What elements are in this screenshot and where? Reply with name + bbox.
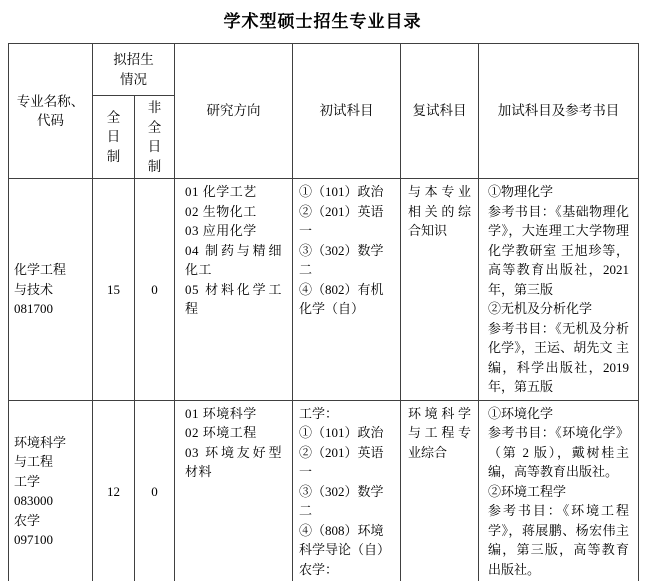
cell-initial-exam-subjects: ①（101）政治 ②（201）英语一 ③（302）数学二 ④（802）有机化学（… — [293, 179, 401, 401]
cell-retest-subject: 环境科学与工程专业综合 — [401, 400, 479, 581]
table-row-environmental-science: 环境科学 与工程 工学 083000 农学 097100 12 0 01 环境科… — [9, 400, 639, 581]
header-research-direction: 研究方向 — [175, 44, 293, 179]
header-parttime: 非 全 日 制 — [135, 96, 175, 179]
cell-parttime-count: 0 — [135, 400, 175, 581]
cell-additional-exam-references: ①环境化学 参考书目：《环境化学》（第 2 版），戴树桂主编，高等教育出版社。 … — [479, 400, 639, 581]
header-fulltime: 全 日 制 — [93, 96, 135, 179]
cell-major-name-code: 环境科学 与工程 工学 083000 农学 097100 — [9, 400, 93, 581]
cell-additional-exam-references: ①物理化学 参考书目：《基础物理化学》，大连理工大学物理化学教研室 王旭珍等，高… — [479, 179, 639, 401]
header-major-name-code: 专业名称、 代码 — [9, 44, 93, 179]
header-row-top: 专业名称、 代码 拟招生 情况 研究方向 初试科目 复试科目 加试科目及参考书目 — [9, 44, 639, 96]
cell-parttime-count: 0 — [135, 179, 175, 401]
cell-major-name-code: 化学工程 与技术 081700 — [9, 179, 93, 401]
cell-fulltime-count: 12 — [93, 400, 135, 581]
page-title: 学术型硕士招生专业目录 — [0, 0, 645, 34]
cell-fulltime-count: 15 — [93, 179, 135, 401]
cell-research-directions: 01 化学工艺 02 生物化工 03 应用化学 04 制药与精细化工 05 材料… — [175, 179, 293, 401]
header-additional-exam-references: 加试科目及参考书目 — [479, 44, 639, 179]
header-retest-subject: 复试科目 — [401, 44, 479, 179]
table-row-chemical-engineering: 化学工程 与技术 081700 15 0 01 化学工艺 02 生物化工 03 … — [9, 179, 639, 401]
header-planned-enrollment: 拟招生 情况 — [93, 44, 175, 96]
admissions-catalog-table: 专业名称、 代码 拟招生 情况 研究方向 初试科目 复试科目 加试科目及参考书目… — [8, 43, 639, 581]
cell-research-directions: 01 环境科学 02 环境工程 03 环境友好型材料 — [175, 400, 293, 581]
cell-initial-exam-subjects: 工学： ①（101）政治 ②（201）英语一 ③（302）数学二 ④（808）环… — [293, 400, 401, 581]
cell-retest-subject: 与本专业相关的综合知识 — [401, 179, 479, 401]
header-initial-exam: 初试科目 — [293, 44, 401, 179]
